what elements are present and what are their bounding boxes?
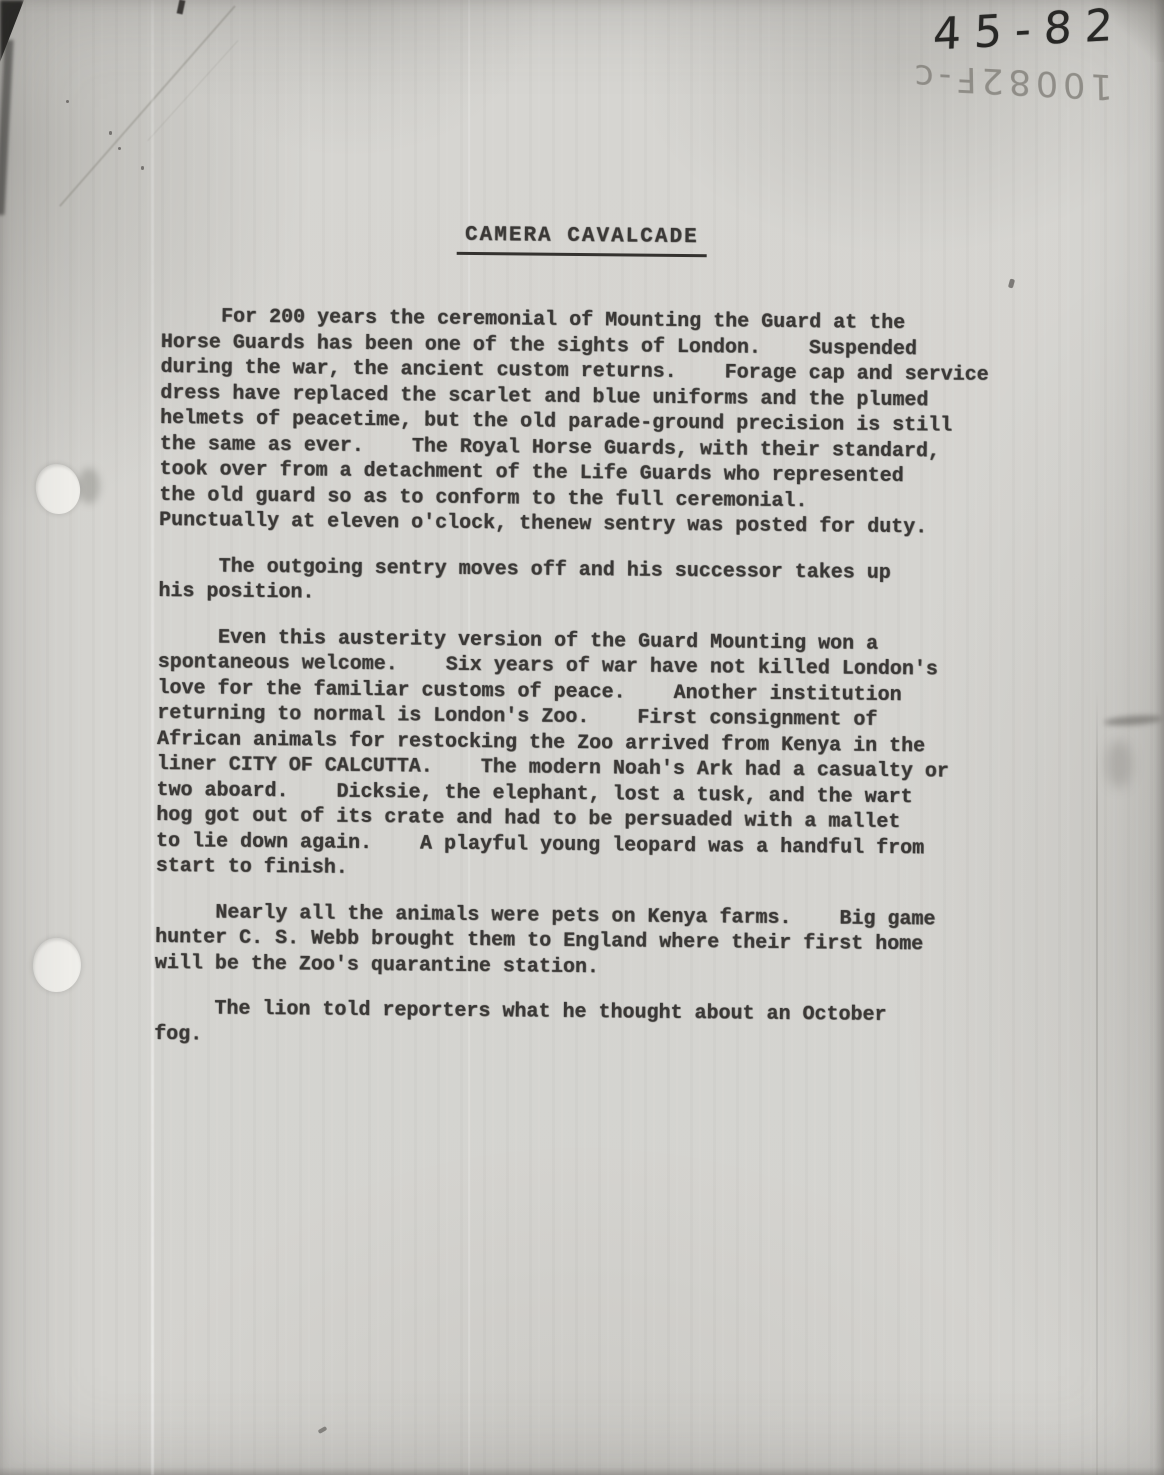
paper-speck bbox=[1008, 279, 1015, 289]
paper-speck bbox=[318, 1426, 328, 1434]
paragraph: Nearly all the animals were pets on Keny… bbox=[155, 899, 996, 984]
paragraph: For 200 years the ceremonial of Mounting… bbox=[159, 304, 1001, 542]
scan-shade-bottom-edge bbox=[0, 1467, 1164, 1475]
paper-speck bbox=[118, 147, 121, 150]
scan-artifact-left-edge bbox=[0, 40, 14, 215]
paragraph: The outgoing sentry moves off and his su… bbox=[158, 553, 998, 612]
handwritten-ink-annotation: 45-82 bbox=[932, 0, 1144, 62]
punch-hole bbox=[31, 936, 84, 994]
ink-smudge bbox=[1104, 714, 1162, 727]
document-body: For 200 years the ceremonial of Mounting… bbox=[154, 304, 1001, 1055]
document-title: CAMERA CAVALCADE bbox=[457, 223, 707, 257]
scan-shade-right-edge bbox=[1154, 0, 1164, 1475]
scanner-streak bbox=[151, 0, 154, 1475]
paper-fold-line bbox=[1096, 690, 1098, 1475]
punch-hole-smudge bbox=[78, 468, 100, 504]
paragraph: Even this austerity version of the Guard… bbox=[156, 624, 998, 887]
handwritten-pencil-annotation-upside-down: 10082F-c bbox=[892, 52, 1130, 111]
typed-content: CAMERA CAVALCADE For 200 years the cerem… bbox=[154, 220, 1002, 1075]
scanned-document-page: 45-82 10082F-c CAMERA CAVALCADE For 200 … bbox=[0, 0, 1164, 1475]
title-row: CAMERA CAVALCADE bbox=[162, 220, 1002, 260]
ink-smudge bbox=[1106, 740, 1132, 788]
paper-speck bbox=[109, 131, 112, 135]
paper-speck bbox=[141, 166, 144, 170]
paper-crease-line bbox=[147, 40, 238, 141]
paragraph: The lion told reporters what he thought … bbox=[154, 996, 994, 1055]
scan-artifact-corner-top-left bbox=[0, 0, 24, 62]
paper-speck bbox=[66, 100, 69, 103]
scan-artifact-top-mark bbox=[177, 0, 186, 14]
punch-hole bbox=[33, 461, 84, 517]
paper-crease-line bbox=[59, 5, 236, 206]
